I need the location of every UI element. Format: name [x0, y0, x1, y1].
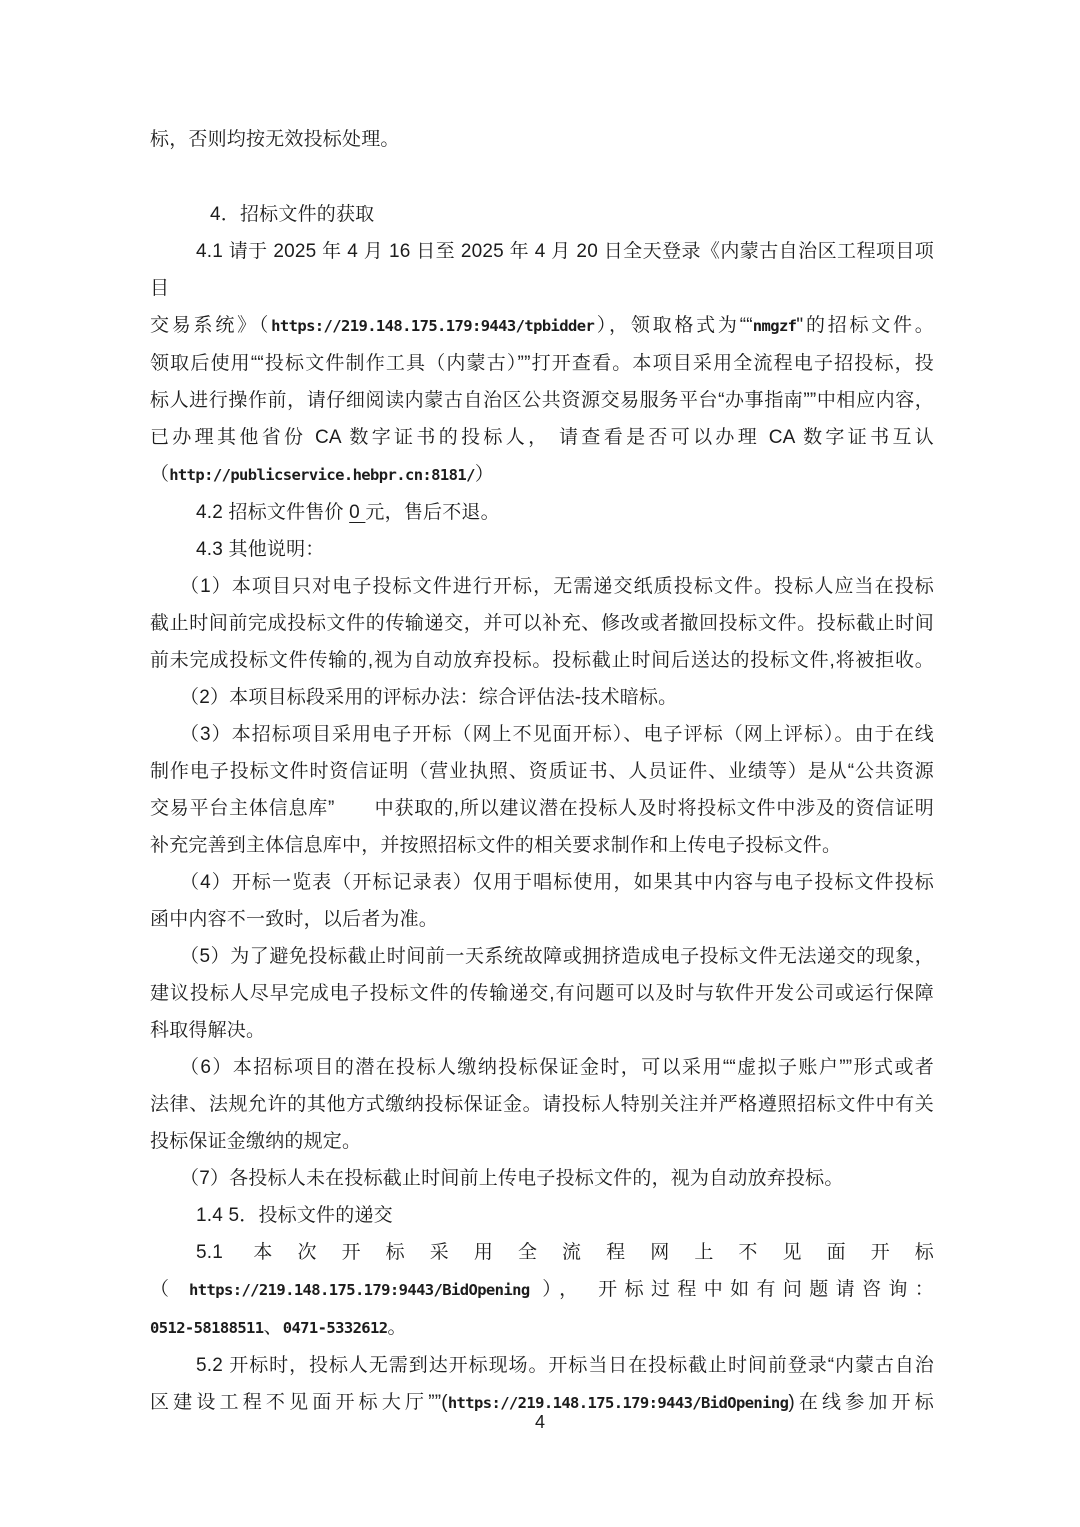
url-text: nmgzf [753, 317, 797, 335]
text-segment: 前未完成投标文件传输的,视为自动放弃投标。投标截止时间后送达的投标文件,将被拒收… [150, 650, 934, 671]
text-segment: （7）各投标人未在投标截止时间前上传电子投标文件的，视为自动放弃投标。 [180, 1168, 844, 1189]
doc-line: 交易系统》（https://219.148.175.179:9443/tpbid… [150, 307, 934, 345]
text-segment: 标人进行操作前，请仔细阅读内蒙古自治区公共资源交易服务平台“办事指南””中相应内… [150, 390, 934, 411]
text-segment: 科取得解决。 [150, 1020, 265, 1041]
text-segment: （ [150, 464, 169, 485]
url-text: 0471-5332612 [283, 1319, 388, 1337]
text-segment: （6）本招标项目的潜在投标人缴纳投标保证金时，可以采用““虚拟子账户””形式或者 [180, 1057, 934, 1078]
text-segment: （2）本项目标段采用的评标办法：综合评估法-技术暗标。 [180, 687, 677, 708]
text-segment: 4.2 招标文件售价 [196, 502, 349, 523]
text-segment: 5.1 本次开标采用全流程网上不见面开标 [196, 1242, 934, 1263]
doc-line: （2）本项目标段采用的评标办法：综合评估法-技术暗标。 [150, 679, 934, 716]
doc-line: 函中内容不一致时，以后者为准。 [150, 901, 934, 938]
doc-line: 4.2 招标文件售价 0 元，售后不退。 [150, 494, 934, 531]
doc-line: 法律、法规允许的其他方式缴纳投标保证金。请投标人特别关注并严格遵照招标文件中有关 [150, 1086, 934, 1123]
text-segment: （1）本项目只对电子投标文件进行开标，无需递交纸质投标文件。投标人应当在投标 [180, 576, 934, 597]
text-segment: 补充完善到主体信息库中，并按照招标文件的相关要求制作和上传电子投标文件。 [150, 835, 841, 856]
text-segment: （4）开标一览表（开标记录表）仅用于唱标使用，如果其中内容与电子投标文件投标 [180, 872, 934, 893]
underlined-value: 0 [349, 502, 365, 523]
text-segment: "的招标文件。 [796, 315, 934, 336]
doc-line: 标人进行操作前，请仔细阅读内蒙古自治区公共资源交易服务平台“办事指南””中相应内… [150, 382, 934, 419]
url-text: 0512-58188511 [150, 1319, 264, 1337]
page-number: 4 [0, 1412, 1080, 1433]
text-segment: 标，否则均按无效投标处理。 [150, 129, 400, 150]
doc-line: 1.4 5．投标文件的递交 [150, 1197, 934, 1234]
text-segment: 区建设工程不见面开标大厅””( [150, 1392, 448, 1413]
doc-line: 4.1 请于 2025 年 4 月 16 日至 2025 年 4 月 20 日全… [150, 233, 934, 307]
doc-line: 投标保证金缴纳的规定。 [150, 1123, 934, 1160]
doc-line: 科取得解决。 [150, 1012, 934, 1049]
doc-line: （7）各投标人未在投标截止时间前上传电子投标文件的，视为自动放弃投标。 [150, 1160, 934, 1197]
text-segment: 4.3 其他说明： [196, 539, 325, 560]
doc-line: 4.3 其他说明： [150, 531, 934, 568]
text-segment: （3）本招标项目采用电子开标（网上不见面开标）、电子评标（网上评标）。由于在线 [180, 724, 934, 745]
doc-line: 补充完善到主体信息库中，并按照招标文件的相关要求制作和上传电子投标文件。 [150, 827, 934, 864]
doc-line: 5.1 本次开标采用全流程网上不见面开标 [150, 1234, 934, 1271]
text-segment: （ [150, 1279, 189, 1300]
doc-line: （ https://219.148.175.179:9443/BidOpenin… [150, 1271, 934, 1309]
text-segment: 已办理其他省份 CA 数字证书的投标人， 请查看是否可以办理 CA 数字证书互认 [150, 427, 934, 448]
text-segment: 。 [388, 1317, 407, 1338]
document-body: 标，否则均按无效投标处理。4．招标文件的获取4.1 请于 2025 年 4 月 … [150, 121, 934, 1422]
url-text: https://219.148.175.179:9443/BidOpening [189, 1281, 530, 1299]
text-segment: 1.4 5．投标文件的递交 [196, 1205, 393, 1226]
text-segment: 交易系统》（ [150, 315, 271, 336]
text-segment: 法律、法规允许的其他方式缴纳投标保证金。请投标人特别关注并严格遵照招标文件中有关 [150, 1094, 934, 1115]
text-segment: 4．招标文件的获取 [210, 204, 374, 225]
doc-line: 前未完成投标文件传输的,视为自动放弃投标。投标截止时间后送达的投标文件,将被拒收… [150, 642, 934, 679]
text-segment: ） [475, 464, 494, 485]
text-segment: ）， 开标过程中如有问题请咨询： [530, 1279, 934, 1300]
doc-line: （5）为了避免投标截止时间前一天系统故障或拥挤造成电子投标文件无法递交的现象， [150, 938, 934, 975]
doc-line: 5.2 开标时，投标人无需到达开标现场。开标当日在投标截止时间前登录“内蒙古自治 [150, 1347, 934, 1384]
text-segment: 函中内容不一致时，以后者为准。 [150, 909, 438, 930]
doc-line: 交易平台主体信息库” 中获取的,所以建议潜在投标人及时将投标文件中涉及的资信证明 [150, 790, 934, 827]
doc-line: 4．招标文件的获取 [150, 196, 934, 233]
doc-line: （6）本招标项目的潜在投标人缴纳投标保证金时，可以采用““虚拟子账户””形式或者 [150, 1049, 934, 1086]
doc-line: 建议投标人尽早完成电子投标文件的传输递交,有问题可以及时与软件开发公司或运行保障 [150, 975, 934, 1012]
doc-line: 制作电子投标文件时资信证明（营业执照、资质证书、人员证件、业绩等）是从“公共资源 [150, 753, 934, 790]
doc-line: 截止时间前完成投标文件的传输递交，并可以补充、修改或者撤回投标文件。投标截止时间 [150, 605, 934, 642]
text-segment: （5）为了避免投标截止时间前一天系统故障或拥挤造成电子投标文件无法递交的现象， [180, 946, 934, 967]
text-segment: 投标保证金缴纳的规定。 [150, 1131, 361, 1152]
text-segment: 建议投标人尽早完成电子投标文件的传输递交,有问题可以及时与软件开发公司或运行保障 [150, 983, 934, 1004]
text-segment: 交易平台主体信息库” 中获取的,所以建议潜在投标人及时将投标文件中涉及的资信证明 [150, 798, 934, 819]
url-text: https://219.148.175.179:9443/BidOpening [448, 1394, 789, 1412]
doc-line: 标，否则均按无效投标处理。 [150, 121, 934, 158]
document-page: 标，否则均按无效投标处理。4．招标文件的获取4.1 请于 2025 年 4 月 … [0, 0, 1080, 1527]
text-segment: 元，售后不退。 [365, 502, 499, 523]
url-text: https://219.148.175.179:9443/tpbidder [271, 317, 594, 335]
doc-line: （1）本项目只对电子投标文件进行开标，无需递交纸质投标文件。投标人应当在投标 [150, 568, 934, 605]
text-segment: 领取后使用““投标文件制作工具（内蒙古）””打开查看。本项目采用全流程电子招投标… [150, 353, 934, 374]
url-text: http://publicservice.hebpr.cn:8181/ [169, 466, 475, 484]
doc-line: （http://publicservice.hebpr.cn:8181/） [150, 456, 934, 494]
text-segment: 5.2 开标时，投标人无需到达开标现场。开标当日在投标截止时间前登录“内蒙古自治 [196, 1355, 934, 1376]
text-segment: )在线参加开标 [788, 1392, 934, 1413]
text-segment: ），领取格式为““ [594, 315, 753, 336]
text-segment: 、 [264, 1317, 283, 1338]
doc-line: 0512-58188511、0471-5332612。 [150, 1309, 934, 1347]
doc-line: 领取后使用““投标文件制作工具（内蒙古）””打开查看。本项目采用全流程电子招投标… [150, 345, 934, 382]
doc-line: （4）开标一览表（开标记录表）仅用于唱标使用，如果其中内容与电子投标文件投标 [150, 864, 934, 901]
doc-line: 已办理其他省份 CA 数字证书的投标人， 请查看是否可以办理 CA 数字证书互认 [150, 419, 934, 456]
doc-line: （3）本招标项目采用电子开标（网上不见面开标）、电子评标（网上评标）。由于在线 [150, 716, 934, 753]
text-segment: 制作电子投标文件时资信证明（营业执照、资质证书、人员证件、业绩等）是从“公共资源 [150, 761, 934, 782]
text-segment: 4.1 请于 2025 年 4 月 16 日至 2025 年 4 月 20 日全… [150, 241, 934, 299]
text-segment: 截止时间前完成投标文件的传输递交，并可以补充、修改或者撤回投标文件。投标截止时间 [150, 613, 934, 634]
